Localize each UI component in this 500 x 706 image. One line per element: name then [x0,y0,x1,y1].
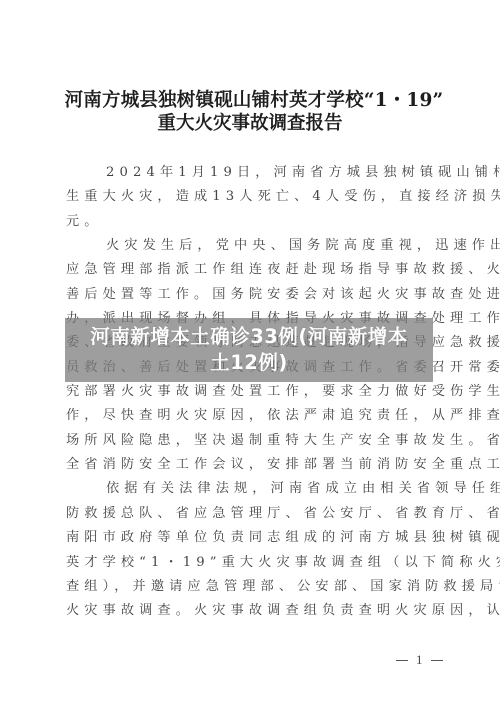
body-line: 英才学校“1・19”重大火灾事故调查组（以下简称火灾事故调 [66,551,438,575]
body-line: 元。 [66,210,438,234]
body-line: 善后处置等工作。国务院安委会对该起火灾事故查处进行挂牌督 [66,283,438,307]
document-page: 河南方城县独树镇砚山铺村英才学校“1・19” 重大火灾事故调查报告 2024年1… [0,0,500,706]
page-number-value: 1 [416,652,423,668]
body-line: 究部署火灾事故调查处置工作，要求全力做好受伤学生救治工 [66,380,438,404]
body-line: 防救援总队、省应急管理厅、省公安厅、省教育厅、省总工会和 [66,502,438,526]
dash-right-decoration [431,660,443,661]
body-line: 全省消防安全工作会议，安排部署当前消防安全重点工作。 [66,453,438,477]
body-line: 作，尽快查明火灾原因，依法严肃追究责任，从严排查整治重点 [66,404,438,428]
document-body: 2024年1月19日，河南省方城县独树镇砚山铺村英才学校发 生重大火灾，造成13… [66,161,438,624]
document-title-line-2: 重大火灾事故调查报告 [0,112,500,136]
page-number: 1 [396,652,443,668]
body-line: 查组），并邀请应急管理部、公安部、国家消防救援局专家参与 [66,575,438,599]
body-line: 场所风险隐患，坚决遏制重特大生产安全事故发生。省政府召开 [66,429,438,453]
body-line: 生重大火灾，造成13人死亡、4人受伤，直接经济损失1740.5万 [66,185,438,209]
body-line: 应急管理部指派工作组连夜赶赴现场指导事故救援、火灾调查和 [66,258,438,282]
body-line: 火灾事故调查。火灾事故调查组负责查明火灾原因，认定火灾性 [66,599,438,623]
body-line: 依据有关法律法规，河南省成立由相关省领导任组长，省消 [66,477,438,501]
dash-left-decoration [396,660,408,661]
overlay-headline: 河南新增本土确诊33例(河南新增本土12例) [89,324,409,376]
document-title-line-1: 河南方城县独树镇砚山铺村英才学校“1・19” [4,89,500,113]
headline-overlay-banner: 河南新增本土确诊33例(河南新增本土12例) [65,318,433,382]
body-line: 2024年1月19日，河南省方城县独树镇砚山铺村英才学校发 [66,161,438,185]
body-line: 火灾发生后，党中央、国务院高度重视，迅速作出安排部署。 [66,234,438,258]
body-line: 南阳市政府等单位负责同志组成的河南方城县独树镇砚山铺村 [66,526,438,550]
